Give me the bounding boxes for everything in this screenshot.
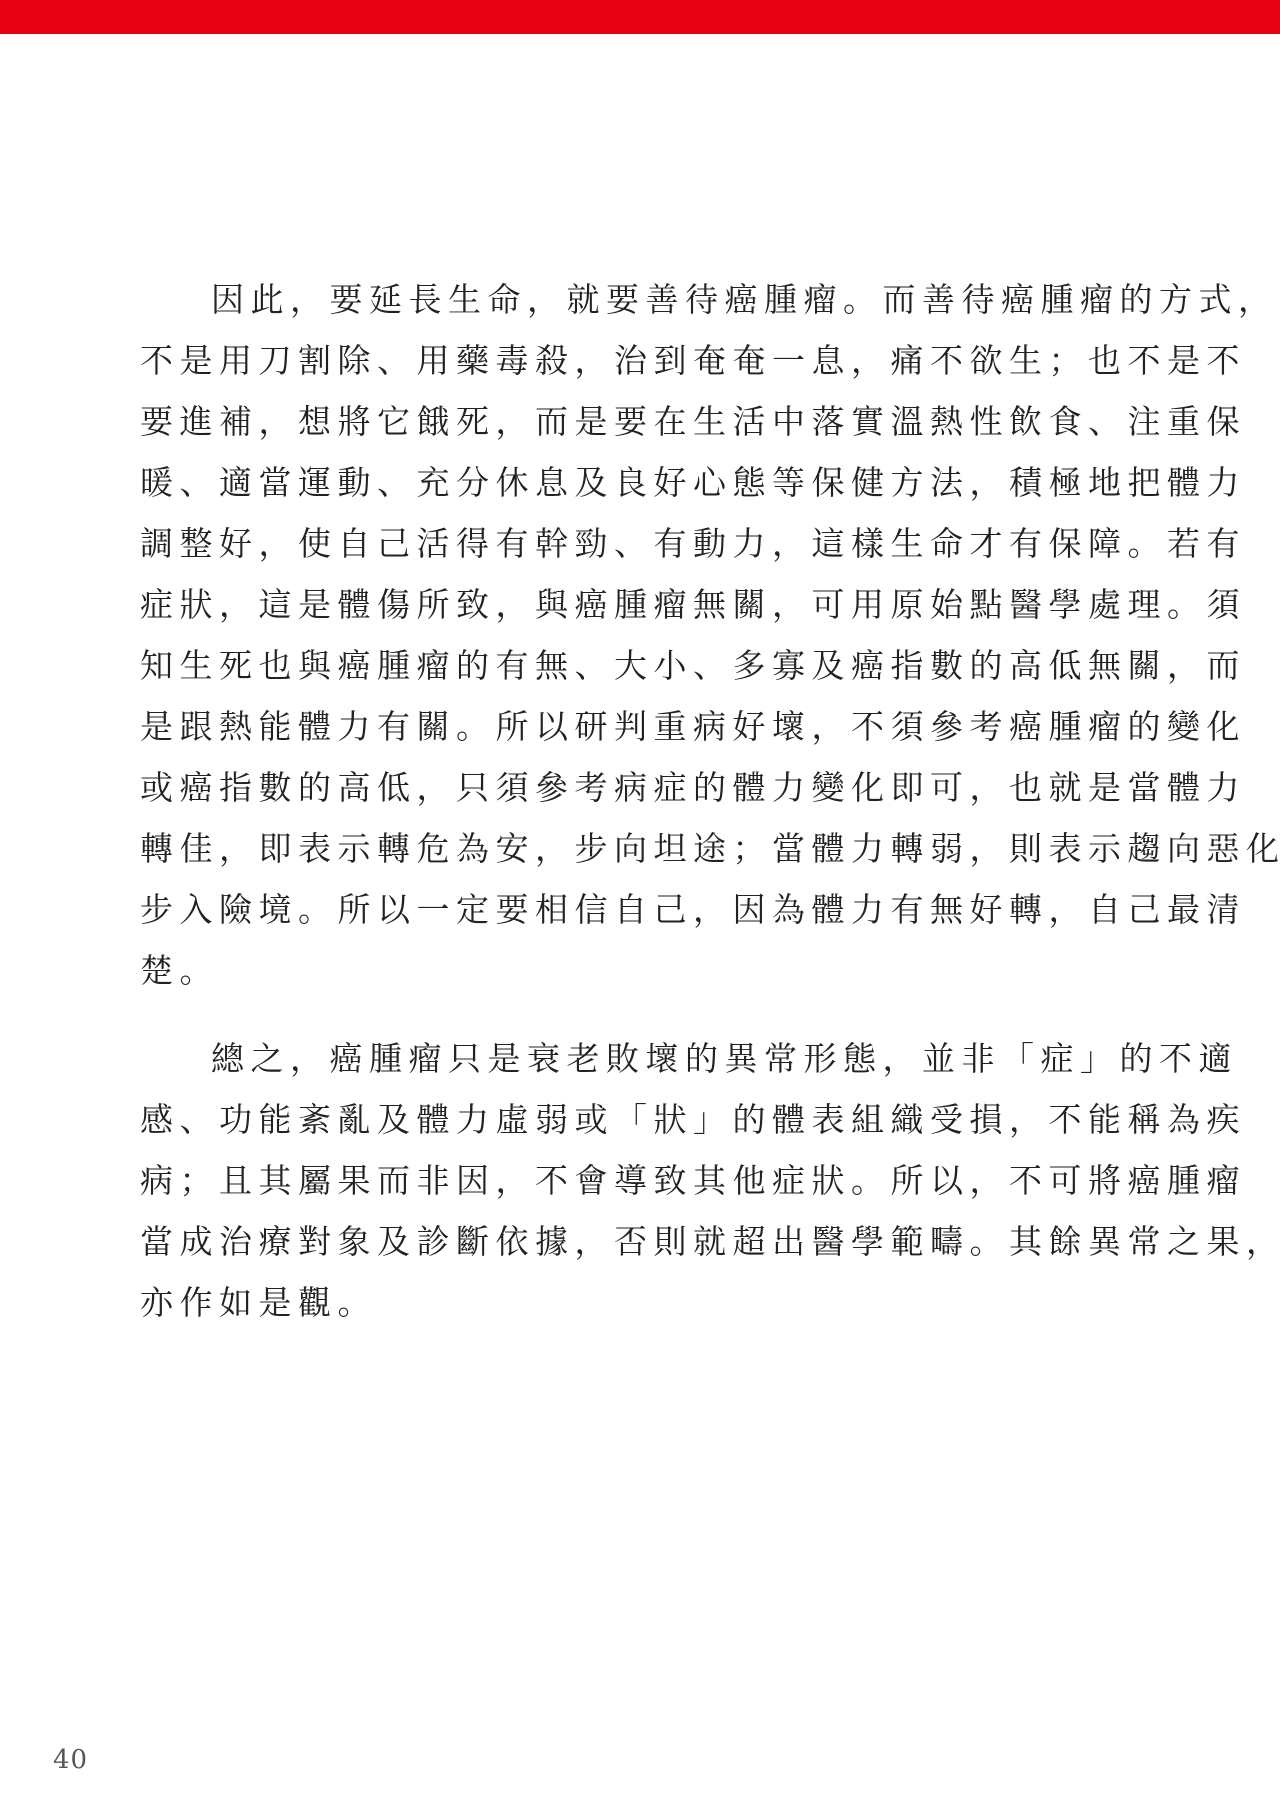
text-line: 知生死也與癌腫瘤的有無、大小、多寡及癌指數的高低無關，而 bbox=[140, 640, 1150, 701]
text-line: 症狀，這是體傷所致，與癌腫瘤無關，可用原始點醫學處理。須 bbox=[140, 579, 1150, 640]
text-line: 當成治療對象及診斷依據，否則就超出醫學範疇。其餘異常之果， bbox=[140, 1216, 1150, 1277]
text-line: 轉佳，即表示轉危為安，步向坦途；當體力轉弱，則表示趨向惡化， bbox=[140, 823, 1150, 884]
text-line: 總之，癌腫瘤只是衰老敗壞的異常形態，並非「症」的不適 bbox=[140, 1033, 1150, 1094]
text-line: 是跟熱能體力有關。所以研判重病好壞，不須參考癌腫瘤的變化 bbox=[140, 701, 1150, 762]
text-line: 或癌指數的高低，只須參考病症的體力變化即可，也就是當體力 bbox=[140, 762, 1150, 823]
body-text: 因此，要延長生命，就要善待癌腫瘤。而善待癌腫瘤的方式， 不是用刀割除、用藥毒殺，… bbox=[140, 274, 1150, 1338]
text-line: 步入險境。所以一定要相信自己，因為體力有無好轉，自己最清 bbox=[140, 884, 1150, 945]
text-line: 病；且其屬果而非因，不會導致其他症狀。所以，不可將癌腫瘤 bbox=[140, 1155, 1150, 1216]
text-line: 亦作如是觀。 bbox=[140, 1277, 1150, 1338]
text-line: 調整好，使自己活得有幹勁、有動力，這樣生命才有保障。若有 bbox=[140, 518, 1150, 579]
text-line: 要進補，想將它餓死，而是要在生活中落實溫熱性飲食、注重保 bbox=[140, 396, 1150, 457]
text-line: 因此，要延長生命，就要善待癌腫瘤。而善待癌腫瘤的方式， bbox=[140, 274, 1150, 335]
paragraph-1: 因此，要延長生命，就要善待癌腫瘤。而善待癌腫瘤的方式， 不是用刀割除、用藥毒殺，… bbox=[140, 274, 1150, 1006]
text-line: 暖、適當運動、充分休息及良好心態等保健方法，積極地把體力 bbox=[140, 457, 1150, 518]
text-line: 楚。 bbox=[140, 945, 1150, 1006]
text-line: 不是用刀割除、用藥毒殺，治到奄奄一息，痛不欲生；也不是不 bbox=[140, 335, 1150, 396]
top-accent-band bbox=[0, 0, 1280, 34]
page-number: 40 bbox=[53, 1745, 88, 1775]
text-line: 感、功能紊亂及體力虛弱或「狀」的體表組織受損，不能稱為疾 bbox=[140, 1094, 1150, 1155]
paragraph-2: 總之，癌腫瘤只是衰老敗壞的異常形態，並非「症」的不適 感、功能紊亂及體力虛弱或「… bbox=[140, 1033, 1150, 1338]
